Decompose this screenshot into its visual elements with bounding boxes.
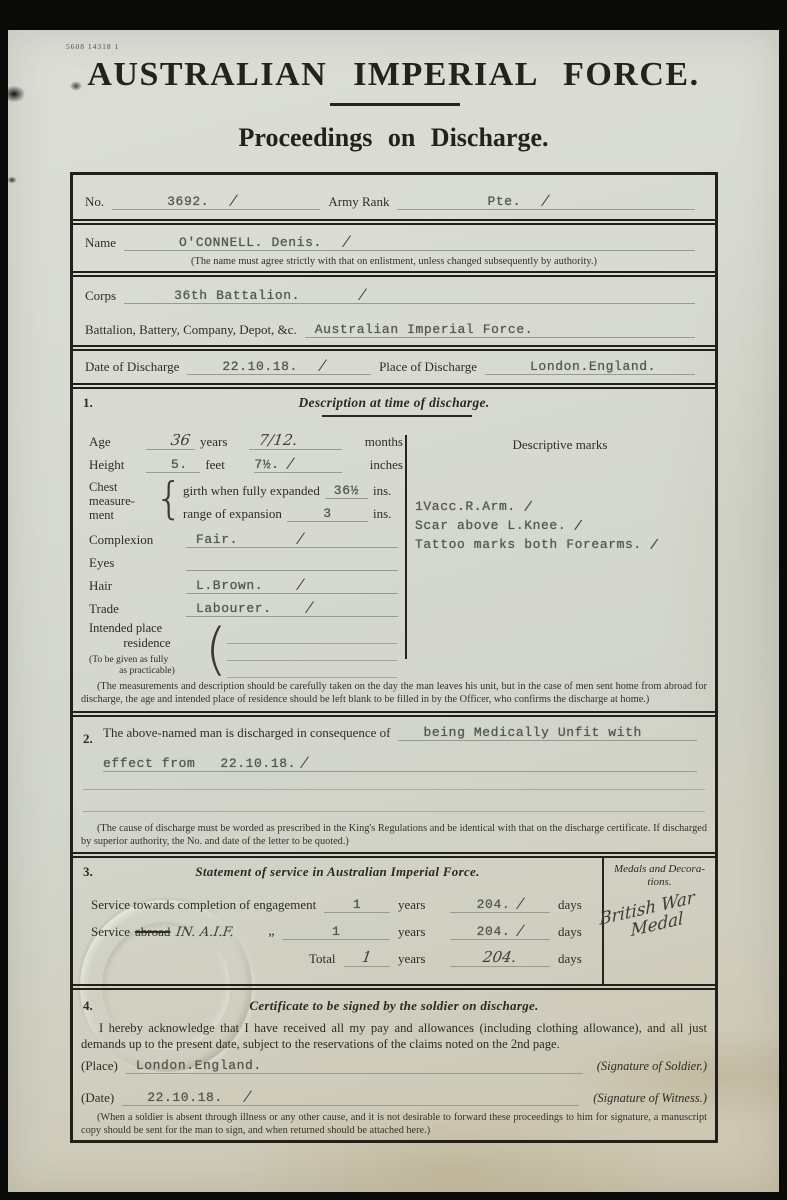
total-label: Total <box>309 951 336 967</box>
complexion-label: Complexion <box>89 532 181 548</box>
pen-tick: ∕ <box>359 285 367 304</box>
ins-label: ins. <box>373 483 403 499</box>
chest-label-line: measure- <box>89 494 155 508</box>
pen-tick: ∕ <box>343 232 351 251</box>
no-label: No. <box>85 194 104 210</box>
service-row1-label: Service towards completion of engagement <box>91 897 316 913</box>
girth-field: 36½ <box>325 483 368 499</box>
total-years-field: 1 <box>344 948 390 967</box>
cause-field-line1: being Medically Unfit with <box>398 725 697 741</box>
blank-line <box>227 644 397 661</box>
residence-label-line: residence <box>89 636 205 651</box>
battalion-label: Battalion, Battery, Company, Depot, &c. <box>85 322 297 338</box>
service-row2-struck-word: abroad <box>135 924 170 940</box>
discharge-date-value: 22.10.18. <box>222 359 298 374</box>
pen-tick: ∕ <box>319 356 327 375</box>
pen-tick: ∕ <box>297 529 305 548</box>
section1-footnote: (The measurements and description should… <box>81 680 707 706</box>
pen-tick: ∕ <box>517 921 525 940</box>
trade-value: Labourer. <box>196 601 272 616</box>
total-years-value: 1 <box>361 948 373 966</box>
section-certificate: 4. Certificate to be signed by the soldi… <box>73 990 715 1140</box>
no-value: 3692. <box>167 194 209 209</box>
discharge-place-label: Place of Discharge <box>379 359 477 375</box>
days-label: days <box>558 951 592 967</box>
page-title: AUSTRALIAN IMPERIAL FORCE. <box>8 56 779 94</box>
years-label: years <box>398 924 442 940</box>
corps-field: 36th Battalion. ∕ <box>124 285 695 304</box>
descriptive-marks-column: Descriptive marks 1Vacc.R.Arm.∕ Scar abo… <box>415 427 705 554</box>
years-label: years <box>398 951 442 967</box>
complexion-field: Fair. ∕ <box>186 529 398 548</box>
ins-label: ins. <box>373 506 403 522</box>
mark-text: Scar above L.Knee. <box>415 518 566 533</box>
row1-days-field: 204. ∕ <box>450 894 550 913</box>
title-divider <box>330 103 460 106</box>
mark-item: Scar above L.Knee.∕ <box>415 516 705 535</box>
row1-years-field: 1 <box>324 897 390 913</box>
height-row: Height 5. feet 7½. ∕ inches <box>89 450 403 473</box>
complexion-row: Complexion Fair. ∕ <box>89 524 403 548</box>
row-discharge-date-place: Date of Discharge 22.10.18. ∕ Place of D… <box>73 351 715 383</box>
service-row-total: Total 1 years 204. days <box>309 940 592 967</box>
inches-label: inches <box>347 457 403 473</box>
rank-field: Pte. ∕ <box>397 191 695 210</box>
age-years-value: 36 <box>170 431 192 449</box>
feet-label: feet <box>205 457 249 473</box>
row2-years-value: 1 <box>332 924 340 939</box>
mark-text: 1Vacc.R.Arm. <box>415 499 516 514</box>
pen-tick: ∕ <box>542 191 550 210</box>
pen-tick: ∕ <box>244 1087 252 1106</box>
trade-row: Trade Labourer. ∕ <box>89 594 403 617</box>
mark-item: 1Vacc.R.Arm.∕ <box>415 497 705 516</box>
pen-tick: ∕ <box>286 454 294 473</box>
discharge-place-value: London.England. <box>530 359 656 374</box>
row2-days-value: 204. <box>477 924 511 939</box>
corps-label: Corps <box>85 288 116 304</box>
date-value: 22.10.18. <box>147 1090 223 1105</box>
girth-label: girth when fully expanded <box>183 483 320 499</box>
days-label: days <box>558 924 592 940</box>
mark-item: Tattoo marks both Forearms.∕ <box>415 535 705 554</box>
residence-label-line: Intended place <box>89 621 205 636</box>
discharge-date-label: Date of Discharge <box>85 359 179 375</box>
years-label: years <box>200 434 244 450</box>
discharge-cause-lead: The above-named man is discharged in con… <box>103 725 390 741</box>
row2-days-field: 204. ∕ <box>450 921 550 940</box>
row-name: Name O'CONNELL. Denis. ∕ (The name must … <box>73 225 715 271</box>
age-years-field: 36 <box>146 431 195 450</box>
soldier-signature-label: (Signature of Soldier.) <box>597 1059 707 1074</box>
column-divider <box>405 435 407 659</box>
section-discharge-cause: 2. The above-named man is discharged in … <box>73 717 715 852</box>
pen-tick: ∕ <box>651 535 659 555</box>
eyes-label: Eyes <box>89 555 181 571</box>
discharge-date-field: 22.10.18. ∕ <box>187 356 371 375</box>
section2-number: 2. <box>83 731 93 747</box>
battalion-value: Australian Imperial Force. <box>315 322 533 337</box>
chest-label-line: ment <box>89 508 155 522</box>
marks-heading: Descriptive marks <box>415 437 705 453</box>
section-description: 1. Description at time of discharge. Age… <box>73 389 715 711</box>
row1-days-value: 204. <box>477 897 511 912</box>
document-paper: 5608 14318 1 AUSTRALIAN IMPERIAL FORCE. … <box>8 30 779 1192</box>
medals-handwriting: British War Medal <box>597 883 722 947</box>
section3-heading: Statement of service in Australian Imper… <box>73 864 602 880</box>
height-inches-value: 7½. <box>254 457 279 472</box>
years-label: years <box>398 897 442 913</box>
total-days-field: 204. <box>450 948 550 967</box>
medals-box: Medals and Decora- tions. British War Me… <box>602 858 715 984</box>
cause-prefix-line2: effect from <box>103 756 195 771</box>
pen-tick: ∕ <box>305 598 313 617</box>
pen-tick: ∕ <box>230 191 238 210</box>
cause-date-line2: 22.10.18. <box>220 756 296 771</box>
section4-heading: Certificate to be signed by the soldier … <box>73 998 715 1014</box>
blank-line <box>227 661 397 678</box>
name-value: O'CONNELL. Denis. <box>179 235 322 250</box>
blank-line <box>83 789 705 790</box>
marks-list: 1Vacc.R.Arm.∕ Scar above L.Knee.∕ Tattoo… <box>415 497 705 554</box>
blank-line <box>227 627 397 644</box>
height-label: Height <box>89 457 141 473</box>
chest-measurement-block: Chest measure- ment { girth when fully e… <box>89 476 403 524</box>
certificate-body: I hereby acknowledge that I have receive… <box>81 1020 707 1053</box>
section1-heading: Description at time of discharge. <box>73 395 715 411</box>
section4-footnote: (When a soldier is absent through illnes… <box>81 1111 707 1137</box>
place-value: London.England. <box>136 1058 262 1073</box>
age-months-field: 7/12. <box>249 431 342 450</box>
trade-field: Labourer. ∕ <box>186 598 398 617</box>
place-field: London.England. <box>126 1058 583 1074</box>
date-label: (Date) <box>81 1090 114 1106</box>
months-label: months <box>347 434 403 450</box>
pen-tick: ∕ <box>297 575 305 594</box>
discharge-form: No. 3692. ∕ Army Rank Pte. ∕ Name O'CONN… <box>70 172 718 1143</box>
name-field: O'CONNELL. Denis. ∕ <box>124 232 695 251</box>
hair-row: Hair L.Brown. ∕ <box>89 571 403 594</box>
chest-label: Chest measure- ment <box>89 476 155 524</box>
height-inches-field: 7½. ∕ <box>254 454 342 473</box>
date-field: 22.10.18. ∕ <box>122 1087 579 1106</box>
cause-value-line1: being Medically Unfit with <box>423 725 641 740</box>
expansion-label: range of expansion <box>183 506 282 522</box>
place-row: (Place) London.England. (Signature of So… <box>81 1058 707 1074</box>
service-row-aif: Service abroad IN. A.I.F. „ 1 years 204.… <box>91 913 592 940</box>
height-feet-value: 5. <box>171 457 188 472</box>
pen-tick: ∕ <box>301 753 309 772</box>
service-row2-prefix: Service <box>91 924 130 940</box>
girth-row: girth when fully expanded 36½ ins. <box>183 476 403 499</box>
hair-value: L.Brown. <box>196 578 263 593</box>
residence-note-line: as practicable) <box>89 665 205 676</box>
residence-blank-lines <box>227 621 397 679</box>
ditto-mark: „ <box>268 924 274 940</box>
row-number-rank: No. 3692. ∕ Army Rank Pte. ∕ <box>73 175 715 219</box>
row-corps-battalion: Corps 36th Battalion. ∕ Battalion, Batte… <box>73 277 715 345</box>
trade-label: Trade <box>89 601 181 617</box>
pen-tick: ∕ <box>575 516 583 536</box>
girth-value: 36½ <box>334 483 359 498</box>
section-service-statement: 3. Statement of service in Australian Im… <box>73 858 715 984</box>
cause-field-line2: effect from 22.10.18. ∕ <box>103 753 697 772</box>
pen-tick: ∕ <box>525 497 533 517</box>
witness-signature-label: (Signature of Witness.) <box>593 1091 707 1106</box>
hair-label: Hair <box>89 578 181 594</box>
chest-label-line: Chest <box>89 480 155 494</box>
row1-years-value: 1 <box>353 897 361 912</box>
page-subtitle: Proceedings on Discharge. <box>8 123 779 153</box>
eyes-field <box>186 555 398 571</box>
age-label: Age <box>89 434 141 450</box>
section2-footnote: (The cause of discharge must be worded a… <box>81 822 707 848</box>
name-note: (The name must agree strictly with that … <box>85 256 703 267</box>
date-row: (Date) 22.10.18. ∕ (Signature of Witness… <box>81 1087 707 1106</box>
pen-tick: ∕ <box>517 894 525 913</box>
heading-divider <box>322 415 472 417</box>
residence-brace: ( <box>205 621 227 679</box>
name-label: Name <box>85 235 116 251</box>
service-row-engagement: Service towards completion of engagement… <box>91 886 592 913</box>
medals-heading: Medals and Decora- tions. <box>609 863 710 889</box>
expansion-value: 3 <box>323 506 331 521</box>
form-code: 5608 14318 1 <box>66 42 119 51</box>
eyes-row: Eyes <box>89 548 403 571</box>
expansion-field: 3 <box>287 506 368 522</box>
complexion-value: Fair. <box>196 532 238 547</box>
age-row: Age 36 years 7/12. months <box>89 427 403 450</box>
chest-brace: { <box>155 476 183 524</box>
place-label: (Place) <box>81 1058 118 1074</box>
mark-text: Tattoo marks both Forearms. <box>415 537 642 552</box>
service-row2-handwritten: IN. A.I.F. <box>175 925 235 940</box>
age-months-value: 7/12. <box>258 431 299 449</box>
battalion-field: Australian Imperial Force. <box>305 322 695 338</box>
row2-years-field: 1 <box>282 924 390 940</box>
description-fields: Age 36 years 7/12. months Height 5. feet <box>89 427 403 679</box>
days-label: days <box>558 897 592 913</box>
residence-label: Intended place residence (To be given as… <box>89 621 205 679</box>
corps-value: 36th Battalion. <box>174 288 300 303</box>
expansion-row: range of expansion 3 ins. <box>183 499 403 522</box>
residence-block: Intended place residence (To be given as… <box>89 621 403 679</box>
service-table: 3. Statement of service in Australian Im… <box>73 858 602 984</box>
discharge-place-field: London.England. <box>485 359 695 375</box>
hair-field: L.Brown. ∕ <box>186 575 398 594</box>
no-field: 3692. ∕ <box>112 191 320 210</box>
rank-value: Pte. <box>487 194 521 209</box>
residence-note-line: (To be given as fully <box>89 654 205 665</box>
medals-heading-line: Medals and Decora- <box>609 863 710 876</box>
blank-line <box>83 811 705 812</box>
rank-label: Army Rank <box>328 194 389 210</box>
height-feet-field: 5. <box>146 457 200 473</box>
total-days-value: 204. <box>482 948 518 966</box>
